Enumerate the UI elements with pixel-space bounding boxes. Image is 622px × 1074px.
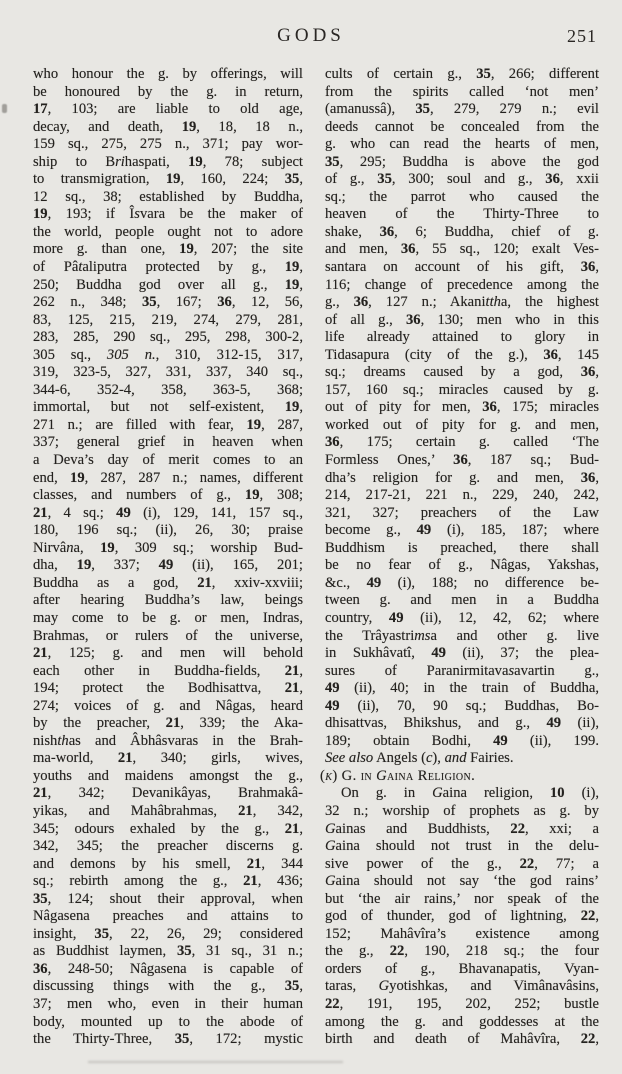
text-line: See also Angels (c), and Fairies. [325, 750, 599, 768]
text-line: 21, 342; Devanikâyas, Brahmakâ- [33, 785, 303, 803]
text-line: tween g. and men in a Buddha [325, 592, 599, 610]
scan-artifact-streak [88, 1061, 343, 1063]
text-line: (k) G. in Gaina Religion. [325, 768, 599, 786]
text-line: 180, 196 sq.; (ii), 26, 30; praise [33, 522, 303, 540]
text-line: 271 n.; are filled with fear, 19, 287, [33, 417, 303, 435]
text-line: 35, 124; shout their approval, when [33, 891, 303, 909]
text-line: sive power of the g., 22, 77; a [325, 856, 599, 874]
two-column-text-block: who honour the g. by offerings, willbe h… [33, 66, 599, 1049]
text-line: may come to be g. or men, Indras, [33, 610, 303, 628]
text-line: 337; general grief in heaven when [33, 434, 303, 452]
text-line: g., 36, 127 n.; Akanittha, the highest [325, 294, 599, 312]
text-line: country, 49 (ii), 12, 42, 62; where [325, 610, 599, 628]
text-line: 250; Buddha god over all g., 19, [33, 277, 303, 295]
text-line: 22, 191, 195, 202, 252; bustle [325, 996, 599, 1014]
text-line: discussing things with the g., 35, [33, 978, 303, 996]
text-line: 21, 4 sq.; 49 (i), 129, 141, 157 sq., [33, 505, 303, 523]
text-line: sq.; rebirth among the g., 21, 436; [33, 873, 303, 891]
text-line: 194; protect the Bodhisattva, 21, [33, 680, 303, 698]
text-line: 305 sq., 305 n., 310, 312-15, 317, [33, 347, 303, 365]
text-line: 345; odours exhaled by the g., 21, [33, 821, 303, 839]
text-line: Nirvâna, 19, 309 sq.; worship Bud- [33, 540, 303, 558]
text-line: 19, 193; if Îsvara be the maker of [33, 206, 303, 224]
text-line: 12 sq., 38; established by Buddha, [33, 189, 303, 207]
scan-artifact-speck [2, 104, 7, 113]
text-line: Nâgasena preaches and attains to [33, 908, 303, 926]
text-line: 32 n.; worship of prophets as g. by [325, 803, 599, 821]
text-line: 157, 160 sq.; miracles caused by g. [325, 382, 599, 400]
text-line: more g. than one, 19, 207; the site [33, 241, 303, 259]
text-line: worked out of pity for g. and men, [325, 417, 599, 435]
text-line: 274; voices of g. and Nâgas, heard [33, 698, 303, 716]
text-line: Tidasapura (city of the g.), 36, 145 [325, 347, 599, 365]
text-line: immortal, but not self-existent, 19, [33, 399, 303, 417]
text-line: the Thirty-Three, 35, 172; mystic [33, 1031, 303, 1049]
text-line: 49 (ii), 70, 90 sq.; Buddhas, Bo- [325, 698, 599, 716]
text-line: 21, 125; g. and men will behold [33, 645, 303, 663]
text-line: 159 sq., 275, 275 n., 371; pay wor- [33, 136, 303, 154]
text-line: to transmigration, 19, 160, 224; 35, [33, 171, 303, 189]
text-line: the g., 22, 190, 218 sq.; the four [325, 943, 599, 961]
text-line: 36, 248-50; Nâgasena is capable of [33, 961, 303, 979]
text-line: 36, 175; certain g. called ‘The [325, 434, 599, 452]
text-line: 321, 327; preachers of the Law [325, 505, 599, 523]
text-line: 116; change of precedence among the [325, 277, 599, 295]
text-line: g. who can read the hearts of men, [325, 136, 599, 154]
text-line: life already attained to glory in [325, 329, 599, 347]
text-line: 17, 103; are liable to old age, [33, 101, 303, 119]
text-line: each other in Buddha-fields, 21, [33, 663, 303, 681]
text-line: Brahmas, or rulers of the universe, [33, 628, 303, 646]
right-column: cults of certain g., 35, 266; differentf… [325, 66, 599, 1049]
text-line: 214, 217-21, 221 n., 229, 240, 242, [325, 487, 599, 505]
text-line: Gainas and Buddhists, 22, xxi; a [325, 821, 599, 839]
text-line: Buddha as a god, 21, xxiv-xxviii; [33, 575, 303, 593]
text-line: 35, 295; Buddha is above the god [325, 154, 599, 172]
text-line: of all g., 36, 130; men who in this [325, 312, 599, 330]
text-line: god of thunder, god of lightning, 22, [325, 908, 599, 926]
text-line: the world, people ought not to adore [33, 224, 303, 242]
text-line: yikas, and Mahâbrahmas, 21, 342, [33, 803, 303, 821]
text-line: dha’s religion for g. and men, 36, [325, 470, 599, 488]
text-line: and demons by his smell, 21, 344 [33, 856, 303, 874]
page-number: 251 [567, 26, 597, 47]
text-line: heaven of the Thirty-Three to [325, 206, 599, 224]
text-line: among the g. and goddesses at the [325, 1014, 599, 1032]
text-line: a Deva’s day of merit comes to an [33, 452, 303, 470]
text-line: body, mounted up to the abode of [33, 1014, 303, 1032]
text-line: Buddhism is preached, there shall [325, 540, 599, 558]
text-line: cults of certain g., 35, 266; different [325, 66, 599, 84]
text-line: Gaina should not trust in the delu- [325, 838, 599, 856]
text-line: be honoured by the g. in return, [33, 84, 303, 102]
text-line: deeds cannot be concealed from the [325, 119, 599, 137]
text-line: birth and death of Mahâvîra, 22, [325, 1031, 599, 1049]
text-line: sq.; the parrot who caused the [325, 189, 599, 207]
text-line: &c., 49 (i), 188; no difference be- [325, 575, 599, 593]
text-line: (amanussâ), 35, 279, 279 n.; evil [325, 101, 599, 119]
text-line: 37; men who, even in their human [33, 996, 303, 1014]
text-line: decay, and death, 19, 18, 18 n., [33, 119, 303, 137]
running-head-title: GODS [0, 25, 622, 47]
left-column: who honour the g. by offerings, willbe h… [33, 66, 303, 1049]
text-line: from the spirits called ‘not men’ [325, 84, 599, 102]
text-line: of g., 35, 300; soul and g., 36, xxii [325, 171, 599, 189]
text-line: 344-6, 352-4, 358, 363-5, 368; [33, 382, 303, 400]
text-line: by the preacher, 21, 339; the Aka- [33, 715, 303, 733]
text-line: of Pâtaliputra protected by g., 19, [33, 259, 303, 277]
scanned-page: GODS 251 who honour the g. by offerings,… [0, 0, 622, 1074]
text-line: out of pity for men, 36, 175; miracles [325, 399, 599, 417]
text-line: after hearing Buddha’s law, beings [33, 592, 303, 610]
text-line: 283, 285, 290 sq., 295, 298, 300-2, [33, 329, 303, 347]
text-line: but ‘the air rains,’ nor speak of the [325, 891, 599, 909]
text-line: youths and maidens amongst the g., [33, 768, 303, 786]
page-header: GODS 251 [0, 25, 622, 47]
text-line: 49 (ii), 40; in the train of Buddha, [325, 680, 599, 698]
text-line: sq.; dreams caused by a god, 36, [325, 364, 599, 382]
text-line: 83, 125, 215, 219, 274, 279, 281, [33, 312, 303, 330]
text-line: 262 n., 348; 35, 167; 36, 12, 56, [33, 294, 303, 312]
text-line: shake, 36, 6; Buddha, chief of g. [325, 224, 599, 242]
text-line: end, 19, 287, 287 n.; names, different [33, 470, 303, 488]
text-line: be no fear of g., Nâgas, Yakshas, [325, 557, 599, 575]
text-line: Gaina should not say ‘the god rains’ [325, 873, 599, 891]
text-line: in Sukhâvatî, 49 (ii), 37; the plea- [325, 645, 599, 663]
text-line: dha, 19, 337; 49 (ii), 165, 201; [33, 557, 303, 575]
text-line: dhisattvas, Bhikshus, and g., 49 (ii), [325, 715, 599, 733]
text-line: Formless Ones,’ 36, 187 sq.; Bud- [325, 452, 599, 470]
text-line: as Buddhist laymen, 35, 31 sq., 31 n.; [33, 943, 303, 961]
text-line: sures of Paranirmitavasavartin g., [325, 663, 599, 681]
text-line: who honour the g. by offerings, will [33, 66, 303, 84]
text-line: 342, 345; the preacher discerns g. [33, 838, 303, 856]
text-line: ma-world, 21, 340; girls, wives, [33, 750, 303, 768]
text-line: and men, 36, 55 sq., 120; exalt Ves- [325, 241, 599, 259]
text-line: orders of g., Bhavanapatis, Vyan- [325, 961, 599, 979]
text-line: 152; Mahâvîra’s existence among [325, 926, 599, 944]
text-line: santara on account of his gift, 36, [325, 259, 599, 277]
text-line: taras, Gyotishkas, and Vimânavâsins, [325, 978, 599, 996]
text-line: ship to Brihaspati, 19, 78; subject [33, 154, 303, 172]
text-line: become g., 49 (i), 185, 187; where [325, 522, 599, 540]
text-line: 189; obtain Bodhi, 49 (ii), 199. [325, 733, 599, 751]
text-line: insight, 35, 22, 26, 29; considered [33, 926, 303, 944]
text-line: nishthas and Âbhâsvaras in the Brah- [33, 733, 303, 751]
text-line: 319, 323-5, 327, 331, 337, 340 sq., [33, 364, 303, 382]
text-line: On g. in Gaina religion, 10 (i), [325, 785, 599, 803]
text-line: classes, and numbers of g., 19, 308; [33, 487, 303, 505]
text-line: the Trâyastrimsa and other g. live [325, 628, 599, 646]
